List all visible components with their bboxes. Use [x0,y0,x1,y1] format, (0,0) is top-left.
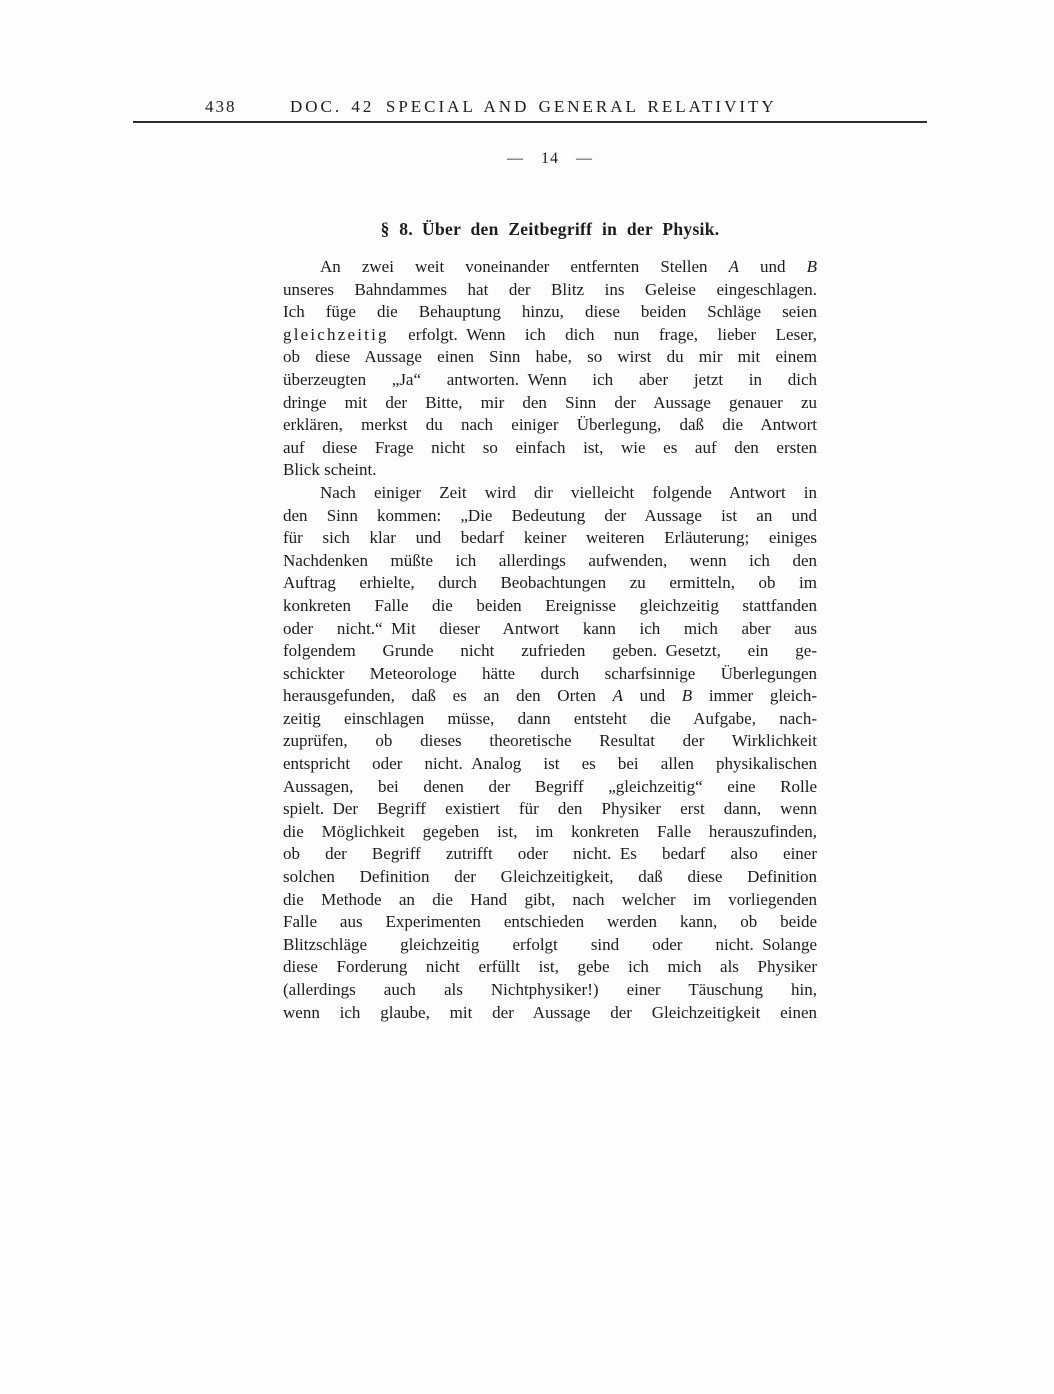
page-header: 438 DOC. 42 SPECIAL AND GENERAL RELATIVI… [135,97,927,121]
text-line: gleichzeitig erfolgt. Wenn ich dich nun … [283,324,817,347]
text-line: wenn ich glaube, mit der Aussage der Gle… [283,1002,817,1025]
text-line: ob der Begriff zutrifft oder nicht. Es b… [283,843,817,866]
text-line: herausgefunden, daß es an den Orten A un… [283,685,817,708]
italic-text: B [807,257,817,276]
text-line: Falle aus Experimenten entschieden werde… [283,911,817,934]
running-title: DOC. 42 SPECIAL AND GENERAL RELATIVITY [290,97,777,117]
text-line: ob diese Aussage einen Sinn habe, so wir… [283,346,817,369]
text-line: zuprüfen, ob dieses theoretische Resulta… [283,730,817,753]
text-line: auf diese Frage nicht so einfach ist, wi… [283,437,817,460]
text-line: den Sinn kommen: „Die Bedeutung der Auss… [283,505,817,528]
text-line: Blick scheint. [283,459,817,482]
text-line: spielt. Der Begriff existiert für den Ph… [283,798,817,821]
text-line: dringe mit der Bitte, mir den Sinn der A… [283,392,817,415]
book-page: 438 DOC. 42 SPECIAL AND GENERAL RELATIVI… [0,0,1054,1394]
text-line: Aussagen, bei denen der Begriff „gleichz… [283,776,817,799]
page-number: 438 [205,97,237,117]
text-line: diese Forderung nicht erfüllt ist, gebe … [283,956,817,979]
text-line: für sich klar und bedarf keiner weiteren… [283,527,817,550]
paragraph: Nach einiger Zeit wird dir vielleicht fo… [283,482,817,1024]
italic-text: B [682,686,692,705]
text-line: An zwei weit voneinander entfernten Stel… [283,256,817,279]
text-line: entspricht oder nicht. Analog ist es bei… [283,753,817,776]
italic-text: A [613,686,623,705]
text-line: oder nicht.“ Mit dieser Antwort kann ich… [283,618,817,641]
text-line: die Möglichkeit gegeben ist, im konkrete… [283,821,817,844]
text-line: Nachdenken müßte ich allerdings aufwende… [283,550,817,573]
text-line: solchen Definition der Gleichzeitigkeit,… [283,866,817,889]
text-line: zeitig einschlagen müsse, dann entsteht … [283,708,817,731]
text-line: unseres Bahndammes hat der Blitz ins Gel… [283,279,817,302]
text-line: Auftrag erhielte, durch Beobachtungen zu… [283,572,817,595]
folio-number: — 14 — [283,150,817,168]
paragraph: An zwei weit voneinander entfernten Stel… [283,256,817,482]
italic-text: A [729,257,739,276]
text-line: die Methode an die Hand gibt, nach welch… [283,889,817,912]
text-line: erklären, merkst du nach einiger Überleg… [283,414,817,437]
section-heading: § 8. Über den Zeitbegriff in der Physik. [283,219,817,240]
text-line: Nach einiger Zeit wird dir vielleicht fo… [283,482,817,505]
text-line: (allerdings auch als Nichtphysiker!) ein… [283,979,817,1002]
letterspaced-text: gleichzeitig [283,325,389,344]
text-line: folgendem Grunde nicht zufrieden geben. … [283,640,817,663]
text-line: Ich füge die Behauptung hinzu, diese bei… [283,301,817,324]
text-line: konkreten Falle die beiden Ereignisse gl… [283,595,817,618]
text-line: überzeugten „Ja“ antworten. Wenn ich abe… [283,369,817,392]
header-rule [133,121,927,123]
text-line: schickter Meteorologe hätte durch scharf… [283,663,817,686]
body-text: An zwei weit voneinander entfernten Stel… [283,256,817,1024]
text-line: Blitzschläge gleichzeitig erfolgt sind o… [283,934,817,957]
